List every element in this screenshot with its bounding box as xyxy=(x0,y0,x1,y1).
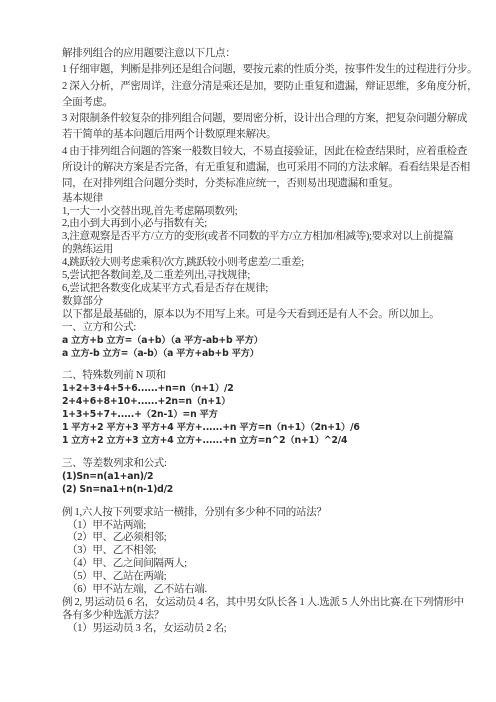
doc-line: 3,注意观察是否平方/立方的变形(或者不同数的平方/立方相加/相减等);要求对以… xyxy=(62,231,444,244)
doc-line: （1）男运动员 3 名，女运动员 2 名; xyxy=(62,623,444,636)
doc-line: 1+2+3+4+5+6......+n=n（n+1）/2 xyxy=(62,383,444,396)
doc-line: 全面考虑。 xyxy=(62,95,444,111)
doc-line: a 立方-b 立方=（a-b）（a 平方+ab+b 平方） xyxy=(62,348,444,361)
doc-line: 1 立方+2 立方+3 立方+4 立方+......+n 立方=n^2（n+1）… xyxy=(62,435,444,448)
doc-line: 1,一大一小交替出现,首先考虑隔项数列; xyxy=(62,206,444,219)
doc-line: （6）甲不站左端，乙不站右端. xyxy=(62,584,444,597)
doc-blank-line xyxy=(62,448,444,458)
doc-line: 2+4+6+8+10+......+2n=n（n+1） xyxy=(62,396,444,409)
doc-line: 1 仔细审题，判断是排列还是组合问题，要按元素的性质分类，按事件发生的过程进行分… xyxy=(62,62,444,78)
doc-line: （1）甲不站两端; xyxy=(62,520,444,533)
doc-line: 以下都是最基础的，原本以为不用写上来。可是今天看到还是有人不会。所以加上。 xyxy=(62,309,444,322)
doc-line: 2,由小到大再到小,必与指数有关; xyxy=(62,218,444,231)
doc-blank-line xyxy=(62,497,444,507)
doc-line: 数算部分 xyxy=(62,296,444,309)
doc-line: 例 2, 男运动员 6 名，女运动员 4 名，其中男女队长各 1 人.选派 5 … xyxy=(62,597,444,610)
doc-line: 所设计的解决方案是否完备，有无重复和遗漏，也可采用不同的方法求解。看看结果是否相 xyxy=(62,160,444,176)
doc-line: 6,尝试把各数变化成某平方式,看是否存在规律; xyxy=(62,283,444,296)
doc-line: 2 深入分析，严密周详，注意分清是乘还是加，要防止重复和遗漏，辩证思维，多角度分… xyxy=(62,79,444,95)
doc-line: （3）甲、乙不相邻; xyxy=(62,545,444,558)
doc-line: a 立方+b 立方=（a+b）（a 平方-ab+b 平方） xyxy=(62,335,444,348)
doc-line: 解排列组合的应用题要注意以下几点： xyxy=(62,46,444,62)
doc-line: 4,跳跃较大则考虑乘积/次方,跳跃较小则考虑差/二重差; xyxy=(62,257,444,270)
doc-blank-line xyxy=(62,360,444,370)
doc-line: 同，在对排列组合问题分类时，分类标准应统一，否则易出现遗漏和重复。 xyxy=(62,176,444,192)
document-page: 解排列组合的应用题要注意以下几点：1 仔细审题，判断是排列还是组合问题，要按元素… xyxy=(0,0,496,702)
doc-line: 各有多少种选派方法？ xyxy=(62,610,444,623)
doc-line: 1 平方+2 平方+3 平方+4 平方+......+n 平方=n（n+1）（2… xyxy=(62,422,444,435)
doc-line: 若干简单的基本问题后用两个计数原理来解决。 xyxy=(62,127,444,143)
doc-line: （2）甲、乙必须相邻; xyxy=(62,532,444,545)
doc-line: 基本规律 xyxy=(62,193,444,206)
doc-line: (1)Sn=n(a1+an)/2 xyxy=(62,471,444,484)
doc-line: 例 1,六人按下列要求站一横排，分别有多少种不同的站法？ xyxy=(62,507,444,520)
doc-line: 一、立方和公式: xyxy=(62,322,444,335)
doc-line: 3 对限制条件较复杂的排列组合问题，要周密分析，设计出合理的方案，把复杂问题分解… xyxy=(62,111,444,127)
doc-line: （4）甲、乙之间间隔两人; xyxy=(62,558,444,571)
doc-line: (2) Sn=na1+n(n-1)d/2 xyxy=(62,484,444,497)
doc-line: 5,尝试把各数间差,及二重差列出,寻找规律; xyxy=(62,270,444,283)
doc-line: 4 由于排列组合问题的答案一般数目较大，不易直接验证，因此在检查结果时，应着重检… xyxy=(62,144,444,160)
doc-line: 二、特殊数列前 N 项和 xyxy=(62,370,444,383)
document-body: 解排列组合的应用题要注意以下几点：1 仔细审题，判断是排列还是组合问题，要按元素… xyxy=(62,46,444,636)
doc-line: 1+3+5+7+.....+（2n-1）=n 平方 xyxy=(62,409,444,422)
doc-line: （5）甲、乙站在两端; xyxy=(62,571,444,584)
doc-line: 的熟练运用 xyxy=(62,244,444,257)
doc-line: 三、等差数列求和公式: xyxy=(62,458,444,471)
